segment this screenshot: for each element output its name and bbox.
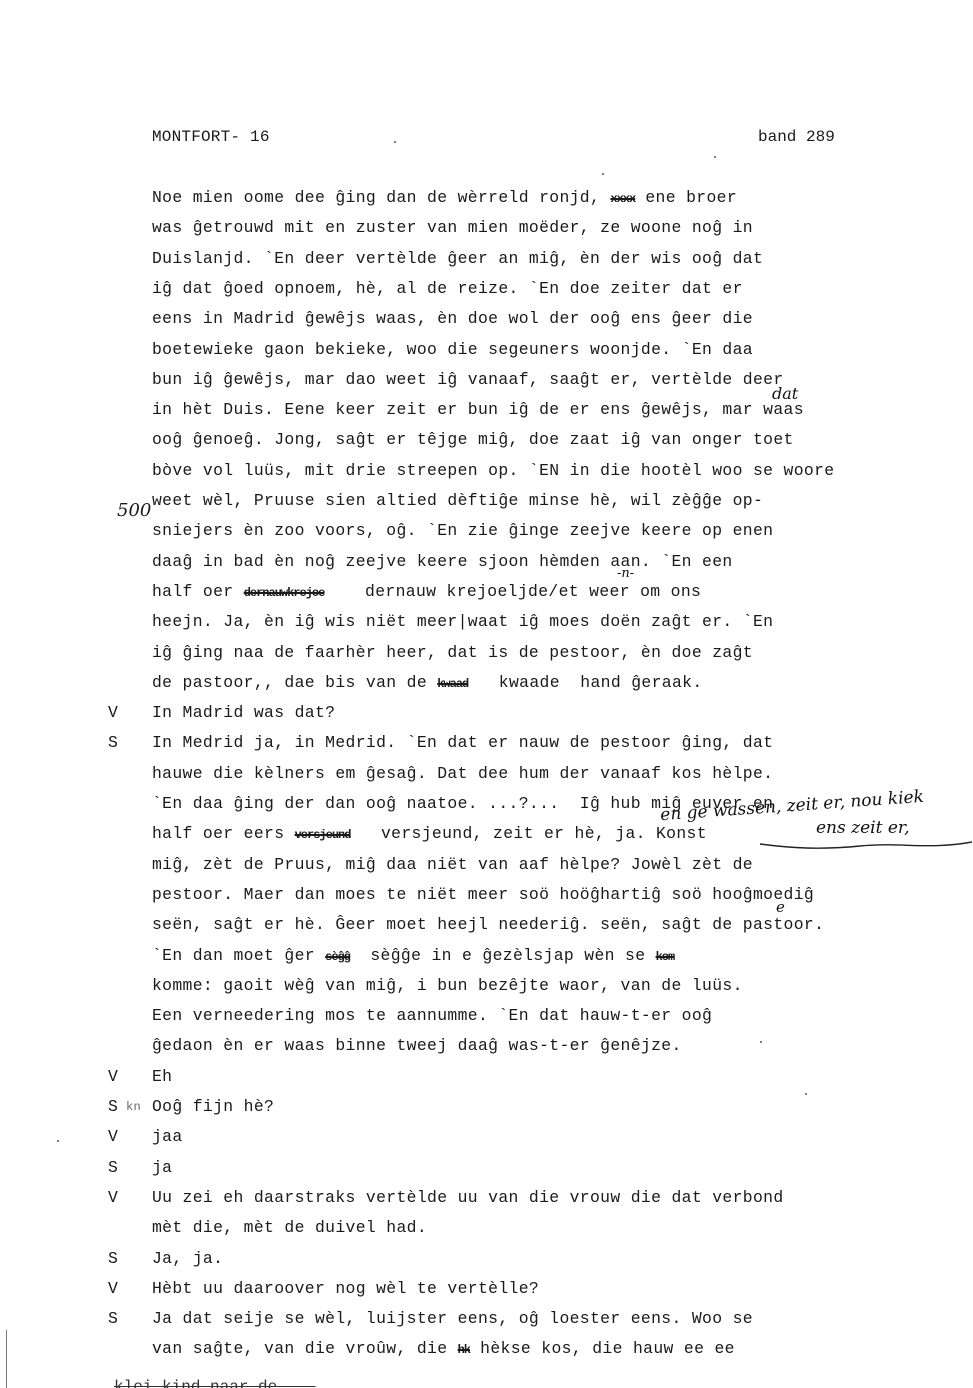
line-text: Eh: [152, 1067, 172, 1086]
speck: [760, 1041, 762, 1043]
line-text: In Medrid ja, in Medrid. `En dat er nauw…: [152, 733, 773, 752]
speck: [714, 156, 716, 158]
transcript-line: de pastoor,, dae bis van de kwaad kwaade…: [152, 673, 703, 694]
transcript-line: eens in Madrid ĝewêjs waas, èn doe wol d…: [152, 309, 753, 329]
transcript-line: was ĝetrouwd mit en zuster van mien moëd…: [152, 218, 753, 238]
transcript-line: Noe mien oome dee ĝing dan de wèrreld ro…: [152, 188, 737, 209]
line-text: ooĝ ĝenoeĝ. Jong, saĝt er têjge miĝ, doe…: [152, 430, 794, 449]
document-title: MONTFORT- 16: [152, 128, 270, 146]
struck-out-text: kwaad: [437, 677, 468, 691]
transcript-line: ooĝ ĝenoeĝ. Jong, saĝt er têjge miĝ, doe…: [152, 430, 794, 450]
line-text-rest: sèĝĝe in e ĝezèlsjap wèn se: [350, 946, 656, 965]
line-text-rest: kwaade hand ĝeraak.: [468, 673, 702, 692]
transcript-line: iĝ ĝing naa de faarhèr heer, dat is de p…: [152, 643, 753, 663]
transcript-page: MONTFORT- 16 band 289 500 Noe mien oome …: [0, 0, 973, 1388]
handwritten-insert-e: e: [776, 898, 785, 916]
line-text: de pastoor,, dae bis van de: [152, 673, 437, 692]
line-text: miĝ, zèt de Pruus, miĝ daa niët van aaf …: [152, 855, 753, 874]
struck-out-text: dernauwkrejoe: [244, 586, 325, 600]
transcript-line: van saĝte, van die vroûw, die hk hèkse k…: [152, 1339, 735, 1360]
line-text-rest: versjeund, zeit er hè, ja. Konst: [350, 824, 707, 843]
transcript-line: ja: [152, 1158, 172, 1178]
line-text: in hèt Duis. Eene keer zeit er bun iĝ de…: [152, 400, 804, 419]
line-text: Duislanjd. `En deer vertèlde ĝeer an miĝ…: [152, 249, 763, 268]
faint-prefix: kn: [126, 1097, 141, 1117]
cutoff-struck-line: klei kind naar de ...: [114, 1374, 316, 1388]
transcript-line: Ja, ja.: [152, 1249, 223, 1269]
tape-number: band 289: [758, 128, 835, 146]
transcript-line: weet wèl, Pruuse sien altied dèftiĝe min…: [152, 491, 763, 511]
handwritten-connector-line: [760, 838, 972, 852]
struck-out-text: kom: [656, 950, 675, 964]
struck-out-text: versjeund: [295, 828, 351, 842]
line-text: ĝedaon èn er waas binne tweej daaĝ was-t…: [152, 1036, 682, 1055]
transcript-line: komme: gaoit wèĝ van miĝ, i bun bezêjte …: [152, 976, 743, 996]
line-text: Noe mien oome dee ĝing dan de wèrreld ro…: [152, 188, 610, 207]
transcript-line: mèt die, mèt de duivel had.: [152, 1218, 427, 1238]
line-text: was ĝetrouwd mit en zuster van mien moëd…: [152, 218, 753, 237]
margin-line-number: 500: [117, 500, 151, 521]
line-text: boetewieke gaon bekieke, woo die segeune…: [152, 340, 753, 359]
line-text-rest: hèkse kos, die hauw ee ee: [470, 1339, 735, 1358]
transcript-line: In Medrid ja, in Medrid. `En dat er nauw…: [152, 733, 773, 753]
handwritten-insert-line-2: ens zeit er,: [816, 818, 910, 838]
transcript-line: bòve vol luüs, mit drie streepen op. `EN…: [152, 461, 834, 481]
line-text: daaĝ in bad èn noĝ zeejve keere sjoon hè…: [152, 552, 733, 571]
line-text: Ja dat seije se wèl, luijster eens, oĝ l…: [152, 1309, 753, 1328]
line-text: half oer eers: [152, 824, 295, 843]
speck: [57, 1140, 59, 1142]
line-text: Uu zei eh daarstraks vertèlde uu van die…: [152, 1188, 784, 1207]
struck-out-text: sèĝĝ: [325, 950, 350, 964]
line-text: iĝ ĝing naa de faarhèr heer, dat is de p…: [152, 643, 753, 662]
line-text: komme: gaoit wèĝ van miĝ, i bun bezêjte …: [152, 976, 743, 995]
speaker-label: S: [108, 1309, 118, 1329]
transcript-line: seën, saĝt er hè. Ĝeer moet heejl needer…: [152, 915, 824, 935]
line-text: iĝ dat ĝoed opnoem, hè, al de reize. `En…: [152, 279, 743, 298]
transcript-line: Duislanjd. `En deer vertèlde ĝeer an miĝ…: [152, 249, 763, 269]
line-text: seën, saĝt er hè. Ĝeer moet heejl needer…: [152, 915, 824, 934]
handwritten-insert-n: -n-: [617, 566, 634, 581]
page-edge-line: [6, 1330, 7, 1388]
transcript-line: bun iĝ ĝewêjs, mar dao weet iĝ vanaaf, s…: [152, 370, 784, 390]
line-text: bòve vol luüs, mit drie streepen op. `EN…: [152, 461, 834, 480]
speaker-label: S: [108, 1158, 118, 1178]
speaker-label: S: [108, 733, 118, 753]
line-text: bun iĝ ĝewêjs, mar dao weet iĝ vanaaf, s…: [152, 370, 784, 389]
line-text: sniejers èn zoo voors, oĝ. `En zie ĝinge…: [152, 521, 773, 540]
speck: [394, 141, 396, 143]
transcript-line: `En dan moet ĝer sèĝĝ sèĝĝe in e ĝezèlsj…: [152, 946, 674, 967]
transcript-line: half oer eers versjeund versjeund, zeit …: [152, 824, 707, 845]
transcript-line: Hèbt uu daaroover nog wèl te vertèlle?: [152, 1279, 539, 1299]
transcript-line: iĝ dat ĝoed opnoem, hè, al de reize. `En…: [152, 279, 743, 299]
struck-out-text: xxxx: [610, 192, 635, 206]
line-text-rest: ene broer: [635, 188, 737, 207]
line-text: pestoor. Maer dan moes te niët meer soö …: [152, 885, 814, 904]
line-text: In Madrid was dat?: [152, 703, 335, 722]
speaker-label: V: [108, 1188, 118, 1208]
line-text: Ooĝ fijn hè?: [152, 1097, 274, 1116]
speck: [805, 1093, 807, 1095]
speaker-label: V: [108, 703, 118, 723]
transcript-line: Ja dat seije se wèl, luijster eens, oĝ l…: [152, 1309, 753, 1329]
transcript-line: miĝ, zèt de Pruus, miĝ daa niët van aaf …: [152, 855, 753, 875]
line-text: ja: [152, 1158, 172, 1177]
line-text: `En dan moet ĝer: [152, 946, 325, 965]
line-text: eens in Madrid ĝewêjs waas, èn doe wol d…: [152, 309, 753, 328]
transcript-line: in hèt Duis. Eene keer zeit er bun iĝ de…: [152, 400, 804, 420]
line-text: Ja, ja.: [152, 1249, 223, 1268]
transcript-line: jaa: [152, 1127, 183, 1147]
transcript-line: knOoĝ fijn hè?: [152, 1097, 274, 1117]
line-text: van saĝte, van die vroûw, die: [152, 1339, 458, 1358]
transcript-line: sniejers èn zoo voors, oĝ. `En zie ĝinge…: [152, 521, 773, 541]
transcript-line: daaĝ in bad èn noĝ zeejve keere sjoon hè…: [152, 552, 733, 572]
speaker-label: S: [108, 1097, 118, 1117]
transcript-line: boetewieke gaon bekieke, woo die segeune…: [152, 340, 753, 360]
line-text: Hèbt uu daaroover nog wèl te vertèlle?: [152, 1279, 539, 1298]
line-text: jaa: [152, 1127, 183, 1146]
speck: [602, 173, 604, 175]
transcript-line: Eh: [152, 1067, 172, 1087]
transcript-line: pestoor. Maer dan moes te niët meer soö …: [152, 885, 814, 905]
line-text: hauwe die kèlners em ĝesaĝ. Dat dee hum …: [152, 764, 773, 783]
speaker-label: V: [108, 1067, 118, 1087]
transcript-line: Een verneedering mos te aannumme. `En da…: [152, 1006, 712, 1026]
speaker-label: V: [108, 1279, 118, 1299]
line-text-rest: dernauw krejoeljde/et weer om ons: [324, 582, 701, 601]
transcript-line: Uu zei eh daarstraks vertèlde uu van die…: [152, 1188, 784, 1208]
transcript-line: half oer dernauwkrejoe dernauw krejoeljd…: [152, 582, 701, 603]
handwritten-insert-dat: dat: [772, 384, 798, 403]
transcript-line: hauwe die kèlners em ĝesaĝ. Dat dee hum …: [152, 764, 773, 784]
transcript-line: ĝedaon èn er waas binne tweej daaĝ was-t…: [152, 1036, 682, 1056]
speaker-label: S: [108, 1249, 118, 1269]
transcript-line: In Madrid was dat?: [152, 703, 335, 723]
speaker-label: V: [108, 1127, 118, 1147]
transcript-line: heejn. Ja, èn iĝ wis niët meer|waat iĝ m…: [152, 612, 773, 632]
line-text: heejn. Ja, èn iĝ wis niët meer|waat iĝ m…: [152, 612, 773, 631]
line-text: mèt die, mèt de duivel had.: [152, 1218, 427, 1237]
line-text: weet wèl, Pruuse sien altied dèftiĝe min…: [152, 491, 763, 510]
line-text: half oer: [152, 582, 244, 601]
line-text: Een verneedering mos te aannumme. `En da…: [152, 1006, 712, 1025]
struck-out-text: hk: [458, 1343, 470, 1357]
